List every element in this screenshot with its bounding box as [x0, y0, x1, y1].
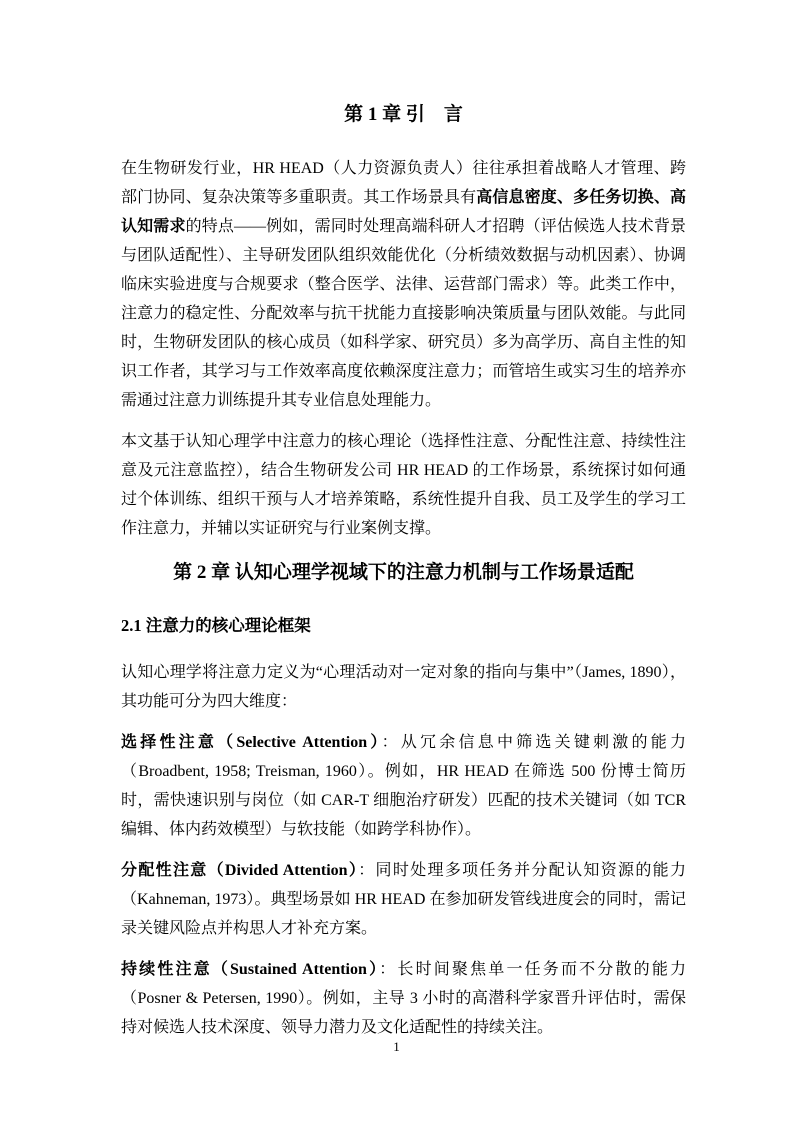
- text-run: 认知心理学将注意力定义为“心理活动对一定对象的指向与集中”（James, 189…: [121, 664, 686, 710]
- document-content: 第 1 章 引 言在生物研发行业，HR HEAD（人力资源负责人）往往承担着战略…: [121, 101, 686, 1054]
- paragraph: 在生物研发行业，HR HEAD（人力资源负责人）往往承担着战略人才管理、跨部门协…: [121, 154, 686, 415]
- bold-text-run: 2.1 注意力的核心理论框架: [121, 616, 311, 635]
- document-page: 第 1 章 引 言在生物研发行业，HR HEAD（人力资源负责人）往往承担着战略…: [0, 0, 793, 1122]
- bold-text-run: 第 1 章 引 言: [344, 104, 463, 125]
- section-heading: 2.1 注意力的核心理论框架: [121, 613, 686, 638]
- page-footer: 1: [0, 1038, 793, 1056]
- bold-text-run: 选择性注意（Selective Attention）: [121, 734, 382, 751]
- bold-text-run: 持续性注意（Sustained Attention）: [121, 961, 379, 978]
- text-run: 本文基于认知心理学中注意力的核心理论（选择性注意、分配性注意、持续性注意及元注意…: [121, 433, 686, 537]
- paragraph: 本文基于认知心理学中注意力的核心理论（选择性注意、分配性注意、持续性注意及元注意…: [121, 427, 686, 543]
- paragraph: 认知心理学将注意力定义为“心理活动对一定对象的指向与集中”（James, 189…: [121, 658, 686, 716]
- bold-text-run: 分配性注意（Divided Attention）: [121, 862, 358, 879]
- page-number: 1: [393, 1039, 400, 1054]
- paragraph: 分配性注意（Divided Attention）：同时处理多项任务并分配认知资源…: [121, 856, 686, 943]
- chapter-heading: 第 1 章 引 言: [121, 101, 686, 129]
- chapter-heading: 第 2 章 认知心理学视域下的注意力机制与工作场景适配: [121, 559, 686, 587]
- paragraph: 持续性注意（Sustained Attention）：长时间聚焦单一任务而不分散…: [121, 955, 686, 1042]
- bold-text-run: 第 2 章 认知心理学视域下的注意力机制与工作场景适配: [173, 562, 634, 583]
- paragraph: 选择性注意（Selective Attention）：从冗余信息中筛选关键刺激的…: [121, 728, 686, 844]
- text-run: 的特点——例如，需同时处理高端科研人才招聘（评估候选人技术背景与团队适配性）、主…: [121, 218, 686, 409]
